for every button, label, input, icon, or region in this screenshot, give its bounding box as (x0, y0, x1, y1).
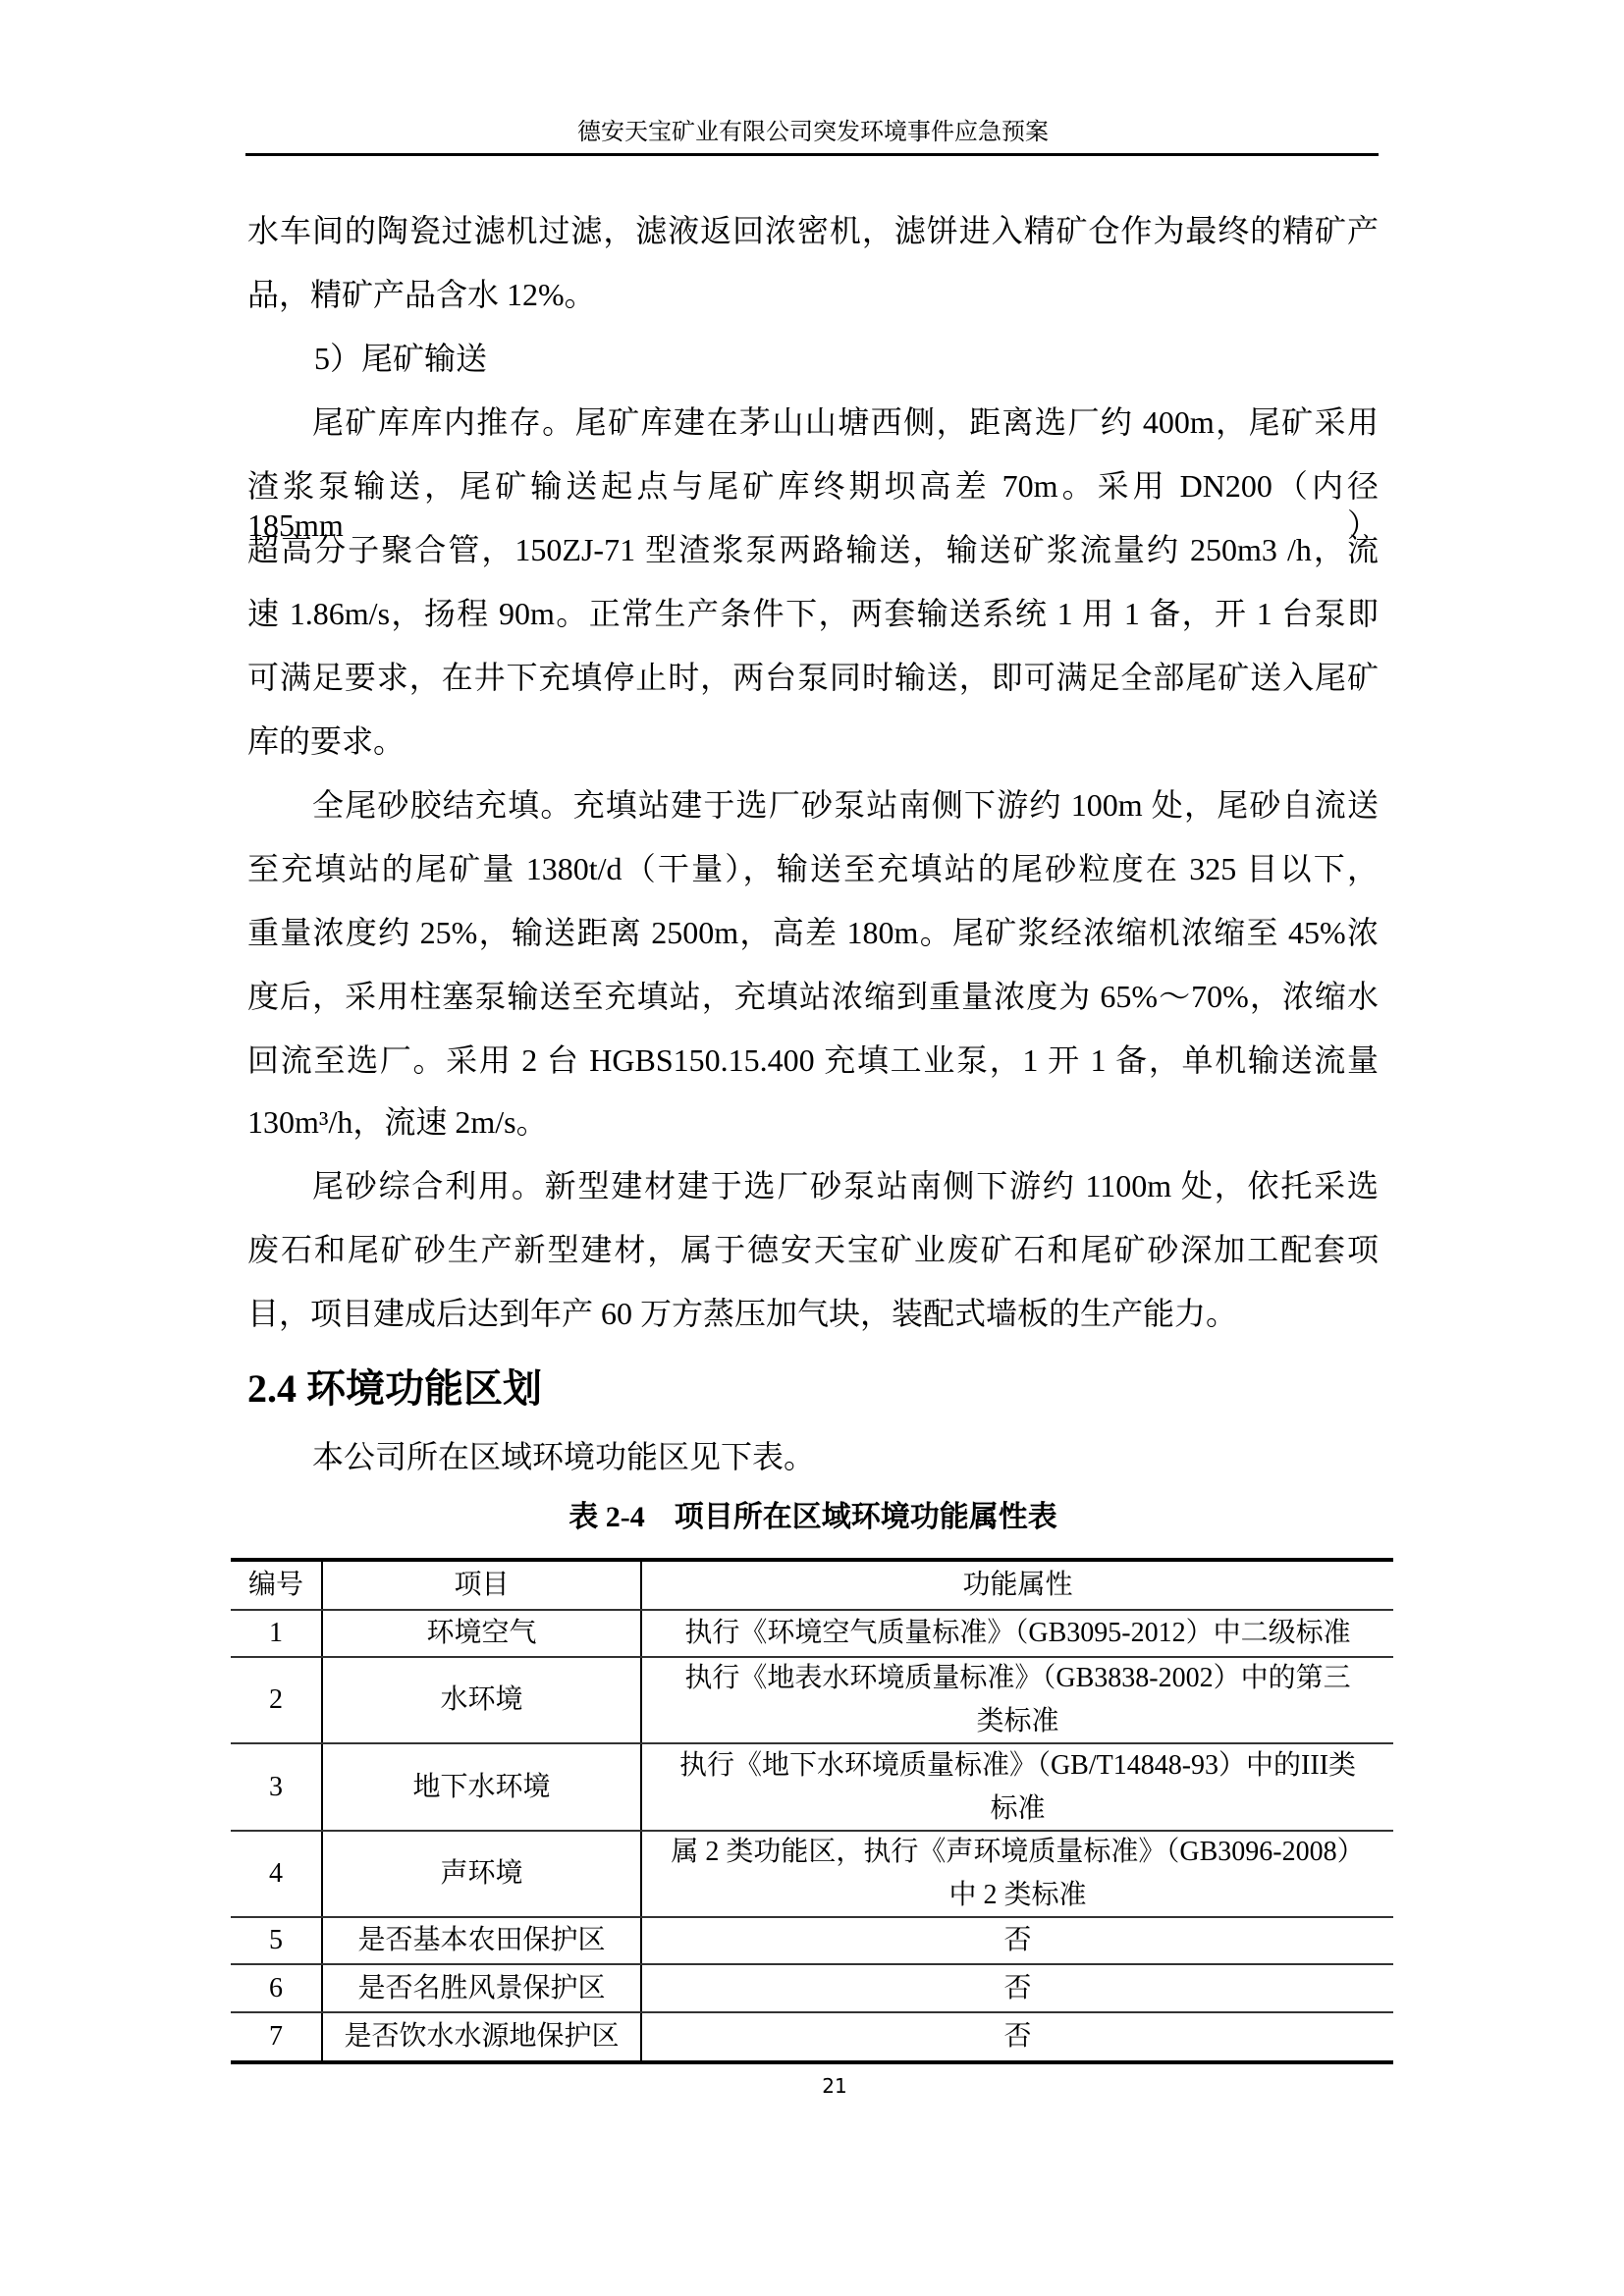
cell-attr-line: 标准 (990, 1788, 1045, 1831)
body-line: 回流至选厂。采用 2 台 HGBS150.15.400 充填工业泵，1 开 1 … (247, 1041, 1379, 1080)
subsection-heading: 5）尾矿输送 (314, 339, 1380, 378)
cell-attr-line: 否 (1003, 1967, 1031, 2010)
body-line: 渣浆泵输送，尾矿输送起点与尾矿库终期坝高差 70m。采用 DN200（内径 18… (247, 466, 1379, 506)
cell-no: 7 (231, 2013, 323, 2060)
table-caption: 表 2-4 项目所在区域环境功能属性表 (247, 1500, 1379, 1535)
cell-attr: 执行《环境空气质量标准》（GB3095-2012）中二级标准 (642, 1611, 1393, 1656)
cell-no: 6 (231, 1965, 323, 2011)
cell-attr-line: 中 2 类标准 (948, 1874, 1086, 1917)
body-line: 库的要求。 (247, 721, 1379, 761)
cell-item: 是否基本农田保护区 (323, 1918, 642, 1963)
document-page: 德安天宝矿业有限公司突发环境事件应急预案 水车间的陶瓷过滤机过滤，滤液返回浓密机… (0, 0, 1624, 2296)
cell-attr-line: 执行《环境空气质量标准》（GB3095-2012）中二级标准 (684, 1612, 1350, 1655)
cell-item: 地下水环境 (323, 1744, 642, 1830)
cell-attr: 否 (642, 1918, 1393, 1963)
table-row: 4 声环境 属 2 类功能区，执行《声环境质量标准》（GB3096-2008） … (231, 1832, 1393, 1918)
page-number: 21 (785, 2073, 884, 2099)
header-cell-attr: 功能属性 (642, 1562, 1393, 1609)
body-line: 尾矿库库内推存。尾矿库建在茅山山塘西侧，距离选厂约 400m，尾矿采用 (312, 402, 1379, 442)
header-cell-no: 编号 (231, 1562, 323, 1609)
header-rule (245, 153, 1379, 156)
cell-no: 4 (231, 1832, 323, 1916)
cell-no: 5 (231, 1918, 323, 1963)
body-line: 尾砂综合利用。新型建材建于选厂砂泵站南侧下游约 1100m 处，依托采选 (312, 1166, 1379, 1205)
table-header-row: 编号 项目 功能属性 (231, 1562, 1393, 1611)
body-line: 可满足要求，在井下充填停止时，两台泵同时输送，即可满足全部尾矿送入尾矿 (247, 658, 1379, 697)
body-line: 品，精矿产品含水 12%。 (247, 275, 1379, 314)
body-line: 130m³/h，流速 2m/s。 (247, 1102, 1379, 1142)
table-row: 6 是否名胜风景保护区 否 (231, 1965, 1393, 2013)
cell-item: 环境空气 (323, 1611, 642, 1656)
cell-attr: 执行《地下水环境质量标准》（GB/T14848-93）中的III类 标准 (642, 1744, 1393, 1830)
table-row: 1 环境空气 执行《环境空气质量标准》（GB3095-2012）中二级标准 (231, 1611, 1393, 1658)
cell-no: 1 (231, 1611, 323, 1656)
table-row: 7 是否饮水水源地保护区 否 (231, 2013, 1393, 2060)
cell-attr: 属 2 类功能区，执行《声环境质量标准》（GB3096-2008） 中 2 类标… (642, 1832, 1393, 1916)
cell-no: 2 (231, 1658, 323, 1742)
body-line: 全尾砂胶结充填。充填站建于选厂砂泵站南侧下游约 100m 处，尾砂自流送 (312, 785, 1379, 825)
section-heading: 2.4 环境功能区划 (247, 1364, 542, 1414)
running-header: 德安天宝矿业有限公司突发环境事件应急预案 (247, 116, 1379, 149)
body-line: 超高分子聚合管，150ZJ-71 型渣浆泵两路输送，输送矿浆流量约 250m3 … (247, 530, 1379, 569)
body-line: 水车间的陶瓷过滤机过滤，滤液返回浓密机，滤饼进入精矿仓作为最终的精矿产 (247, 211, 1379, 250)
cell-item: 水环境 (323, 1658, 642, 1742)
cell-no: 3 (231, 1744, 323, 1830)
cell-attr: 否 (642, 1965, 1393, 2011)
cell-attr-line: 属 2 类功能区，执行《声环境质量标准》（GB3096-2008） (671, 1831, 1364, 1874)
cell-attr-line: 执行《地下水环境质量标准》（GB/T14848-93）中的III类 (679, 1744, 1356, 1788)
body-line: 度后，采用柱塞泵输送至充填站，充填站浓缩到重量浓度为 65%～70%，浓缩水 (247, 977, 1379, 1016)
cell-item: 是否名胜风景保护区 (323, 1965, 642, 2011)
body-line: 至充填站的尾矿量 1380t/d（干量），输送至充填站的尾砂粒度在 325 目以… (247, 849, 1379, 888)
body-line: 速 1.86m/s，扬程 90m。正常生产条件下，两套输送系统 1 用 1 备，… (247, 594, 1379, 633)
body-line: 重量浓度约 25%，输送距离 2500m，高差 180m。尾矿浆经浓缩机浓缩至 … (247, 913, 1379, 952)
header-cell-item: 项目 (323, 1562, 642, 1609)
table-row: 2 水环境 执行《地表水环境质量标准》（GB3838-2002）中的第三 类标准 (231, 1658, 1393, 1744)
cell-item: 是否饮水水源地保护区 (323, 2013, 642, 2060)
cell-attr-line: 否 (1003, 2015, 1031, 2058)
cell-attr: 执行《地表水环境质量标准》（GB3838-2002）中的第三 类标准 (642, 1658, 1393, 1742)
cell-attr-line: 类标准 (976, 1700, 1058, 1743)
cell-attr-line: 执行《地表水环境质量标准》（GB3838-2002）中的第三 (684, 1657, 1350, 1700)
table-row: 5 是否基本农田保护区 否 (231, 1918, 1393, 1965)
table-row: 3 地下水环境 执行《地下水环境质量标准》（GB/T14848-93）中的III… (231, 1744, 1393, 1832)
table-bottom-rule (231, 2060, 1393, 2064)
cell-attr: 否 (642, 2013, 1393, 2060)
cell-attr-line: 否 (1003, 1919, 1031, 1962)
body-line: 废石和尾矿砂生产新型建材，属于德安天宝矿业废矿石和尾矿砂深加工配套项 (247, 1230, 1379, 1269)
cell-item: 声环境 (323, 1832, 642, 1916)
environment-function-table: 编号 项目 功能属性 1 环境空气 执行《环境空气质量标准》（GB3095-20… (231, 1558, 1393, 2064)
section-intro: 本公司所在区域环境功能区见下表。 (312, 1437, 1379, 1476)
body-line: 目，项目建成后达到年产 60 万方蒸压加气块，装配式墙板的生产能力。 (247, 1294, 1379, 1333)
